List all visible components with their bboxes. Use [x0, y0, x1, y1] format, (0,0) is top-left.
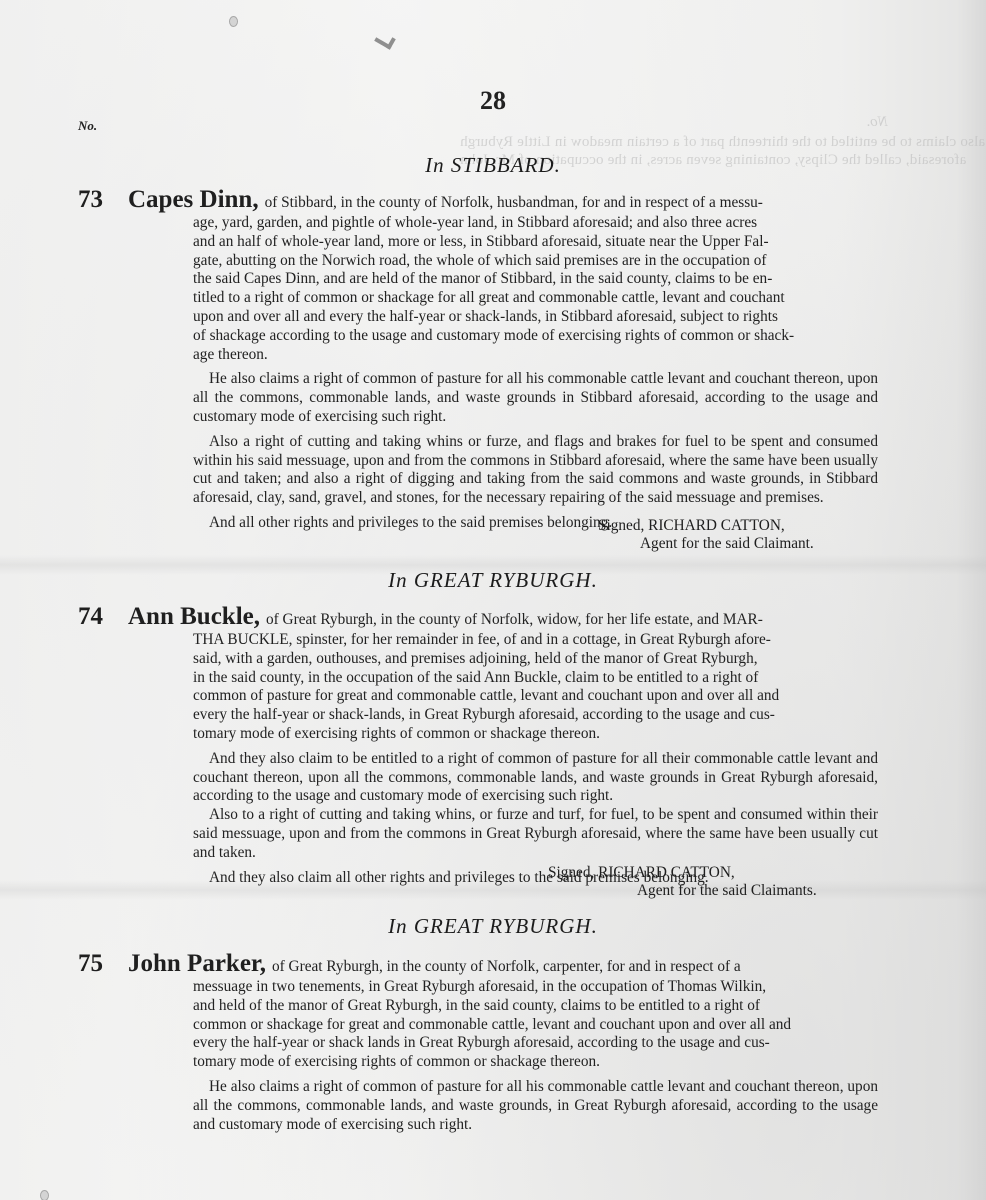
bleed-through-label: No.	[866, 114, 888, 131]
entry-paragraph: And they also claim to be entitled to a …	[193, 750, 878, 806]
entry-first-paragraph: age, yard, garden, and pightle of whole-…	[193, 214, 878, 533]
paper-page: And he also claims to be entitled to the…	[0, 0, 986, 1200]
page-number: 28	[0, 86, 986, 116]
entry-text-line: tomary mode of exercising rights of comm…	[193, 725, 878, 744]
entry-text-line: messuage in two tenements, in Great Rybu…	[193, 978, 878, 997]
entry-text-line: age thereon.	[193, 346, 878, 365]
entry-text-line: every the half-year or shack lands in Gr…	[193, 1034, 878, 1053]
claimant-name: Capes Dinn,	[128, 186, 259, 214]
entry-text-line: of shackage according to the usage and c…	[193, 327, 878, 346]
entry-text-line: tomary mode of exercising rights of comm…	[193, 1053, 878, 1072]
entry-text-line: and held of the manor of Great Ryburgh, …	[193, 997, 878, 1016]
claim-entry: 75 John Parker, of Great Ryburgh, in the…	[78, 950, 878, 1134]
entry-text-line: said, with a garden, outhouses, and prem…	[193, 650, 878, 669]
entry-number: 74	[78, 603, 128, 631]
ink-mark	[374, 30, 396, 49]
entry-text-line: titled to a right of common or shackage …	[193, 289, 878, 308]
claim-entry: 73 Capes Dinn, of Stibbard, in the count…	[78, 186, 878, 533]
entry-text-line: of Great Ryburgh, in the county of Norfo…	[272, 958, 741, 977]
agent-line: Agent for the said Claimant.	[640, 535, 814, 553]
signature-line: Signed, RICHARD CATTON,	[548, 864, 735, 882]
section-heading: In STIBBARD.	[0, 153, 986, 178]
entry-text-line: gate, abutting on the Norwich road, the …	[193, 252, 878, 271]
entry-paragraph: Also a right of cutting and taking whins…	[193, 433, 878, 508]
claim-entry: 74 Ann Buckle, of Great Ryburgh, in the …	[78, 603, 878, 887]
entry-first-paragraph: THA BUCKLE, spinster, for her remainder …	[193, 631, 878, 887]
entry-text-line: THA BUCKLE, spinster, for her remainder …	[193, 631, 878, 650]
agent-line: Agent for the said Claimants.	[637, 882, 817, 900]
entry-text-line: in the said county, in the occupation of…	[193, 669, 878, 688]
entry-text-line: upon and over all and every the half-yea…	[193, 308, 878, 327]
entry-text-line: of Stibbard, in the county of Norfolk, h…	[265, 194, 763, 213]
entry-text-line: common or shackage for great and commona…	[193, 1016, 878, 1035]
entry-text-line: of Great Ryburgh, in the county of Norfo…	[266, 611, 763, 630]
entry-text-line: the said Capes Dinn, and are held of the…	[193, 270, 878, 289]
entry-paragraph: Also to a right of cutting and taking wh…	[193, 806, 878, 862]
section-heading: In GREAT RYBURGH.	[0, 914, 986, 939]
section-heading: In GREAT RYBURGH.	[0, 568, 986, 593]
signature-line: Signed, RICHARD CATTON,	[598, 517, 785, 535]
bleed-through-text: And he also claims to be entitled to the…	[460, 134, 986, 151]
column-label: No.	[78, 118, 97, 134]
entry-paragraph: He also claims a right of common of past…	[193, 1078, 878, 1134]
entry-number: 75	[78, 950, 128, 978]
claimant-name: Ann Buckle,	[128, 603, 260, 631]
entry-text-line: every the half-year or shack-lands, in G…	[193, 706, 878, 725]
entry-text-line: and an half of whole-year land, more or …	[193, 233, 878, 252]
pinhole-mark	[229, 16, 238, 27]
entry-paragraph: He also claims a right of common of past…	[193, 370, 878, 426]
entry-text-line: age, yard, garden, and pightle of whole-…	[193, 214, 878, 233]
entry-text-line: common of pasture for great and commonab…	[193, 687, 878, 706]
claimant-name: John Parker,	[128, 950, 266, 978]
pinhole-mark	[40, 1190, 49, 1200]
entry-first-paragraph: messuage in two tenements, in Great Rybu…	[193, 978, 878, 1134]
entry-number: 73	[78, 186, 128, 214]
